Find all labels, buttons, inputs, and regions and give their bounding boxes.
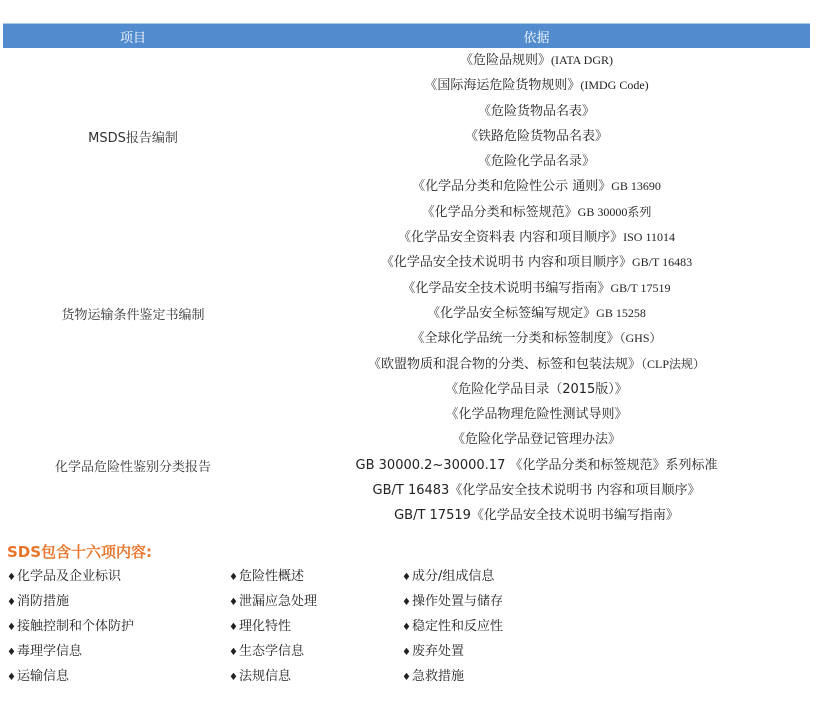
ref-title: 《化学品物理危险性测试导则》 [445,407,627,422]
diamond-bullet-icon: ♦ [229,572,238,583]
ref-title: 《危险货物品名表》 [478,104,595,119]
diamond-bullet-icon: ♦ [229,622,238,633]
table-row: GB/T 16483《化学品安全技术说明书 内容和项目顺序》 [263,478,810,503]
ref-title: GB/T 16483《化学品安全技术说明书 内容和项目顺序》 [373,483,701,498]
sds-item: ♦毒理学信息 [7,639,229,664]
sds-item-label: 接触控制和个体防护 [17,619,134,634]
header-item: 项目 [3,27,263,46]
table-row: 《国际海运危险货物规则》(IMDG Code) [263,73,810,98]
sds-item: ♦成分/组成信息 [402,564,602,589]
sds-item-label: 泄漏应急处理 [239,594,317,609]
ref-code: GB 30000系列 [578,205,652,219]
table-group: 化学品危险性鉴别分类报告《化学品物理危险性测试导则》《危险化学品登记管理办法》G… [3,402,810,528]
ref-title: 《国际海运危险货物规则》 [424,78,580,93]
sds-item-label: 急救措施 [412,669,464,684]
table-row: 《化学品安全标签编写规定》GB 15258 [263,301,810,326]
diamond-bullet-icon: ♦ [7,672,16,683]
ref-title: 《化学品安全技术说明书 内容和项目顺序》 [381,255,632,270]
diamond-bullet-icon: ♦ [402,672,411,683]
sds-item-label: 操作处置与储存 [412,594,503,609]
sds-item-label: 运输信息 [17,669,69,684]
standards-table: 项目 依据 MSDS报告编制《危险品规则》(IATA DGR)《国际海运危险货物… [3,23,810,529]
sds-item: ♦接触控制和个体防护 [7,614,229,639]
table-row: 《化学品物理危险性测试导则》 [263,402,810,427]
diamond-bullet-icon: ♦ [7,622,16,633]
sds-item-label: 法规信息 [239,669,291,684]
ref-title: GB 30000.2~30000.17 《化学品分类和标签规范》系列标准 [356,458,718,473]
ref-title: 《全球化学品统一分类和标签制度》 [411,331,619,346]
ref-title: 《危险化学品名录》 [478,154,595,169]
table-row: 《化学品安全技术说明书 内容和项目顺序》GB/T 16483 [263,250,810,275]
ref-title: 《化学品安全技术说明书编写指南》 [402,281,610,296]
sds-item: ♦废弃处置 [402,639,602,664]
table-row: 《危险化学品名录》 [263,149,810,174]
table-row: 《危险货物品名表》 [263,99,810,124]
table-row: 《欧盟物质和混合物的分类、标签和包装法规》（CLP法规） [263,352,810,377]
ref-title: GB/T 17519《化学品安全技术说明书编写指南》 [394,508,679,523]
sds-section: SDS包含十六项内容: ♦化学品及企业标识♦危险性概述♦成分/组成信息♦消防措施… [7,540,607,689]
group-label: 货物运输条件鉴定书编制 [3,225,263,402]
ref-code: (IATA DGR) [551,53,613,67]
ref-code: (IMDG Code) [580,78,648,92]
ref-title: 《危险化学品登记管理办法》 [452,432,621,447]
ref-title: 《危险化学品目录（2015版）》 [445,382,628,397]
diamond-bullet-icon: ♦ [402,572,411,583]
sds-items-grid: ♦化学品及企业标识♦危险性概述♦成分/组成信息♦消防措施♦泄漏应急处理♦操作处置… [7,564,607,689]
group-refs: 《化学品安全资料表 内容和项目顺序》ISO 11014《化学品安全技术说明书 内… [263,225,810,402]
ref-code: （CLP法规） [641,357,705,371]
diamond-bullet-icon: ♦ [402,647,411,658]
sds-item: ♦操作处置与储存 [402,589,602,614]
diamond-bullet-icon: ♦ [229,647,238,658]
sds-item: ♦生态学信息 [229,639,402,664]
table-row: 《化学品分类和标签规范》GB 30000系列 [263,200,810,225]
diamond-bullet-icon: ♦ [7,647,16,658]
table-row: 《化学品安全资料表 内容和项目顺序》ISO 11014 [263,225,810,250]
ref-code: （GHS） [620,331,662,345]
ref-code: ISO 11014 [623,230,675,244]
ref-title: 《化学品分类和危险性公示 通则》 [412,179,611,194]
sds-item-label: 化学品及企业标识 [17,569,121,584]
sds-item-label: 消防措施 [17,594,69,609]
sds-item-label: 生态学信息 [239,644,304,659]
table-header: 项目 依据 [3,23,810,48]
ref-code: GB/T 16483 [632,255,692,269]
diamond-bullet-icon: ♦ [402,622,411,633]
table-row: 《铁路危险货物品名表》 [263,124,810,149]
group-label: MSDS报告编制 [3,48,263,225]
table-row: 《危险品规则》(IATA DGR) [263,48,810,73]
sds-item: ♦急救措施 [402,664,602,689]
diamond-bullet-icon: ♦ [402,597,411,608]
ref-title: 《危险品规则》 [460,53,551,68]
diamond-bullet-icon: ♦ [229,672,238,683]
sds-item-label: 废弃处置 [412,644,464,659]
group-refs: 《化学品物理危险性测试导则》《危险化学品登记管理办法》GB 30000.2~30… [263,402,810,528]
group-refs: 《危险品规则》(IATA DGR)《国际海运危险货物规则》(IMDG Code)… [263,48,810,225]
sds-item-label: 危险性概述 [239,569,304,584]
sds-item: ♦理化特性 [229,614,402,639]
sds-item-label: 毒理学信息 [17,644,82,659]
ref-title: 《铁路危险货物品名表》 [465,129,608,144]
table-row: GB/T 17519《化学品安全技术说明书编写指南》 [263,503,810,528]
diamond-bullet-icon: ♦ [229,597,238,608]
sds-item: ♦法规信息 [229,664,402,689]
diamond-bullet-icon: ♦ [7,572,16,583]
sds-item-label: 成分/组成信息 [412,569,494,584]
ref-title: 《化学品安全资料表 内容和项目顺序》 [398,230,623,245]
ref-code: GB 13690 [611,179,661,193]
sds-item: ♦危险性概述 [229,564,402,589]
sds-item: ♦运输信息 [7,664,229,689]
sds-item-label: 稳定性和反应性 [412,619,503,634]
ref-code: GB 15258 [596,306,646,320]
group-label: 化学品危险性鉴别分类报告 [3,402,263,528]
ref-code: GB/T 17519 [610,281,670,295]
table-row: 《危险化学品登记管理办法》 [263,427,810,452]
sds-item: ♦泄漏应急处理 [229,589,402,614]
sds-item: ♦消防措施 [7,589,229,614]
ref-title: 《化学品安全标签编写规定》 [427,306,596,321]
table-group: 货物运输条件鉴定书编制《化学品安全资料表 内容和项目顺序》ISO 11014《化… [3,225,810,402]
table-row: 《化学品分类和危险性公示 通则》GB 13690 [263,174,810,199]
sds-title: SDS包含十六项内容: [7,540,607,564]
table-row: 《危险化学品目录（2015版）》 [263,377,810,402]
table-row: 《化学品安全技术说明书编写指南》GB/T 17519 [263,276,810,301]
table-group: MSDS报告编制《危险品规则》(IATA DGR)《国际海运危险货物规则》(IM… [3,48,810,225]
table-row: 《全球化学品统一分类和标签制度》（GHS） [263,326,810,351]
sds-item-label: 理化特性 [239,619,291,634]
ref-title: 《欧盟物质和混合物的分类、标签和包装法规》 [368,357,641,372]
sds-item: ♦稳定性和反应性 [402,614,602,639]
diamond-bullet-icon: ♦ [7,597,16,608]
ref-title: 《化学品分类和标签规范》 [422,205,578,220]
sds-item: ♦化学品及企业标识 [7,564,229,589]
table-row: GB 30000.2~30000.17 《化学品分类和标签规范》系列标准 [263,453,810,478]
header-basis: 依据 [263,27,810,46]
